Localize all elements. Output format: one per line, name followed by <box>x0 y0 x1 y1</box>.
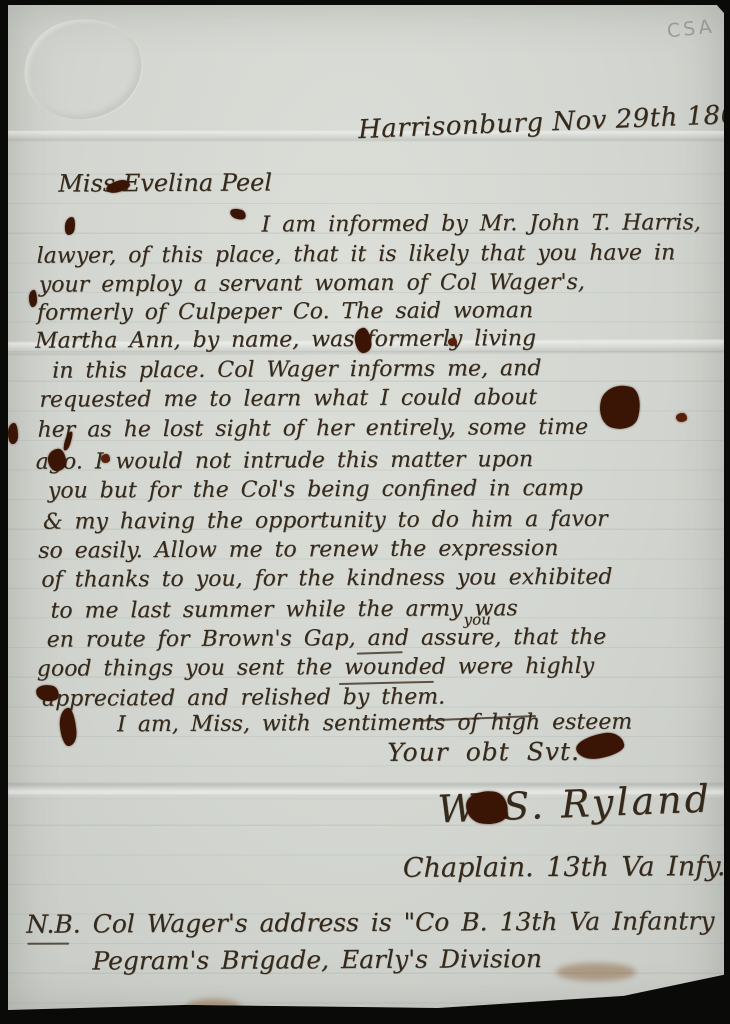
underline-mark <box>27 943 69 945</box>
closing: Your obt Svt. <box>387 737 580 767</box>
body-line: en route for Brown's Gap, and assure, th… <box>47 625 607 653</box>
body-line: requested me to learn what I could about <box>39 385 537 413</box>
signature-title: Chaplain. 13th Va Infy. <box>403 851 726 884</box>
paper-stain <box>556 963 636 981</box>
body-line: you but for the Col's being confined in … <box>48 476 583 504</box>
letter-scan: CSA Harrisonburg Nov 29th 1864. Miss Eve… <box>0 0 730 1024</box>
body-line: & my having the opportunity to do him a … <box>43 507 608 535</box>
body-line: I am, Miss, with sentiments of high este… <box>117 710 632 738</box>
postscript-line: Pegram's Brigade, Early's Division <box>92 944 542 975</box>
handwriting-layer: Harrisonburg Nov 29th 1864. Miss Evelina… <box>5 3 726 1015</box>
ink-blot <box>8 423 18 444</box>
ink-blot <box>448 338 457 346</box>
letter-page: CSA Harrisonburg Nov 29th 1864. Miss Eve… <box>8 5 724 1013</box>
ink-blot <box>676 413 687 422</box>
ink-blot <box>101 454 110 463</box>
body-line: of thanks to you, for the kindness you e… <box>41 565 612 593</box>
body-line: ago. I would not intrude this matter upo… <box>36 447 533 475</box>
body-line: good things you sent the wounded were hi… <box>37 654 594 682</box>
body-line: I am informed by Mr. John T. Harris, <box>261 210 700 237</box>
paper-stain <box>186 999 241 1016</box>
body-line: her as he lost sight of her entirely, so… <box>38 415 589 443</box>
salutation: Miss Evelina Peel <box>58 168 272 197</box>
body-line: in this place. Col Wager informs me, and <box>52 356 541 384</box>
ink-blot <box>29 290 37 307</box>
body-line: Martha Ann, by name, was formerly living <box>35 326 536 354</box>
body-line: to me last summer while the army was <box>50 596 517 623</box>
postscript-line: N.B. Col Wager's address is "Co B. 13th … <box>26 906 714 939</box>
body-line: your employ a servant woman of Col Wager… <box>39 270 585 298</box>
body-line: lawyer, of this place, that it is likely… <box>37 240 676 268</box>
inserted-word: you <box>464 610 491 628</box>
dateline: Harrisonburg Nov 29th 1864. <box>358 99 730 145</box>
body-line: formerly of Culpeper Co. The said woman <box>37 298 533 326</box>
body-line: appreciated and relished by them. <box>42 685 445 712</box>
body-line: so easily. Allow me to renew the express… <box>38 536 558 564</box>
